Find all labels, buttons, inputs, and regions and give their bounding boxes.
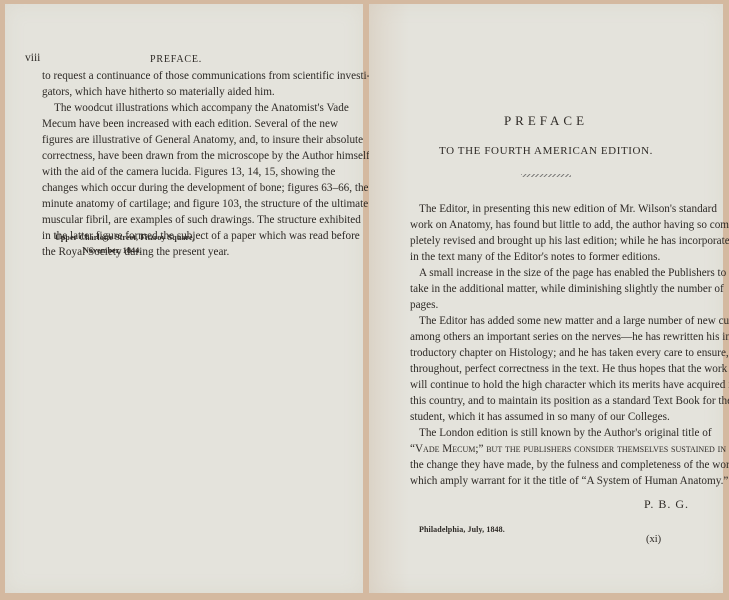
text-line: The London edition is still known by the… bbox=[419, 425, 691, 441]
dateline-date: November, 1844. bbox=[83, 246, 141, 255]
text-line: “Vade Mecum;” but the publishers conside… bbox=[410, 441, 691, 457]
text-line: among others an important series on the … bbox=[410, 329, 691, 345]
page-title: PREFACE bbox=[369, 113, 723, 129]
text-line: pletely revised and brought up his last … bbox=[410, 233, 691, 249]
text-line: The woodcut illustrations which accompan… bbox=[54, 100, 319, 116]
page-subtitle: TO THE FOURTH AMERICAN EDITION. bbox=[369, 145, 723, 157]
text-line: in the text many of the Editor's notes t… bbox=[410, 249, 660, 265]
running-head: PREFACE. bbox=[150, 54, 202, 65]
text-line: Mecum have been increased with each edit… bbox=[42, 116, 319, 132]
text-line: changes which occur during the developme… bbox=[42, 180, 319, 196]
text-line: gators, which have hitherto so materiall… bbox=[42, 84, 275, 100]
text-line: the change they have made, by the fulnes… bbox=[410, 457, 691, 473]
text-line: pages. bbox=[410, 297, 438, 313]
text-line: minute anatomy of cartilage; and figure … bbox=[42, 196, 319, 212]
text-line: throughout, perfect correctness in the t… bbox=[410, 361, 691, 377]
text-line: with the aid of the camera lucida. Figur… bbox=[42, 164, 319, 180]
text-line: The Editor has added some new matter and… bbox=[419, 313, 691, 329]
text-line: A small increase in the size of the page… bbox=[419, 265, 691, 281]
text-line: figures are illustrative of General Anat… bbox=[42, 132, 319, 148]
page-number: viii bbox=[25, 52, 40, 64]
text-line: work on Anatomy, has found but little to… bbox=[410, 217, 691, 233]
text-line: muscular fibril, are examples of such dr… bbox=[42, 212, 319, 228]
ornament-rule bbox=[521, 174, 571, 177]
text-line: The Editor, in presenting this new editi… bbox=[419, 201, 691, 217]
dateline: Philadelphia, July, 1848. bbox=[419, 525, 505, 534]
text-line: troductory chapter on Histology; and he … bbox=[410, 345, 691, 361]
right-page: PREFACE TO THE FOURTH AMERICAN EDITION. … bbox=[369, 4, 723, 593]
gutter-shadow bbox=[369, 4, 409, 593]
signature: P. B. G. bbox=[644, 497, 689, 512]
text-line: student, which it has assumed in so many… bbox=[410, 409, 670, 425]
text-line: this country, and to maintain its positi… bbox=[410, 393, 691, 409]
text-line: will continue to hold the high character… bbox=[410, 377, 691, 393]
dateline-place: Upper Charlotte Street, Fitzroy Square, bbox=[55, 233, 195, 242]
text-line: to request a continuance of those commun… bbox=[42, 68, 319, 84]
page-number: (xi) bbox=[646, 534, 661, 545]
text-line: take in the additional matter, while dim… bbox=[410, 281, 691, 297]
text-line: correctness, have been drawn from the mi… bbox=[42, 148, 319, 164]
left-page: viii PREFACE. to request a continuance o… bbox=[5, 4, 363, 593]
text-line: which amply warrant for it the title of … bbox=[410, 473, 691, 489]
